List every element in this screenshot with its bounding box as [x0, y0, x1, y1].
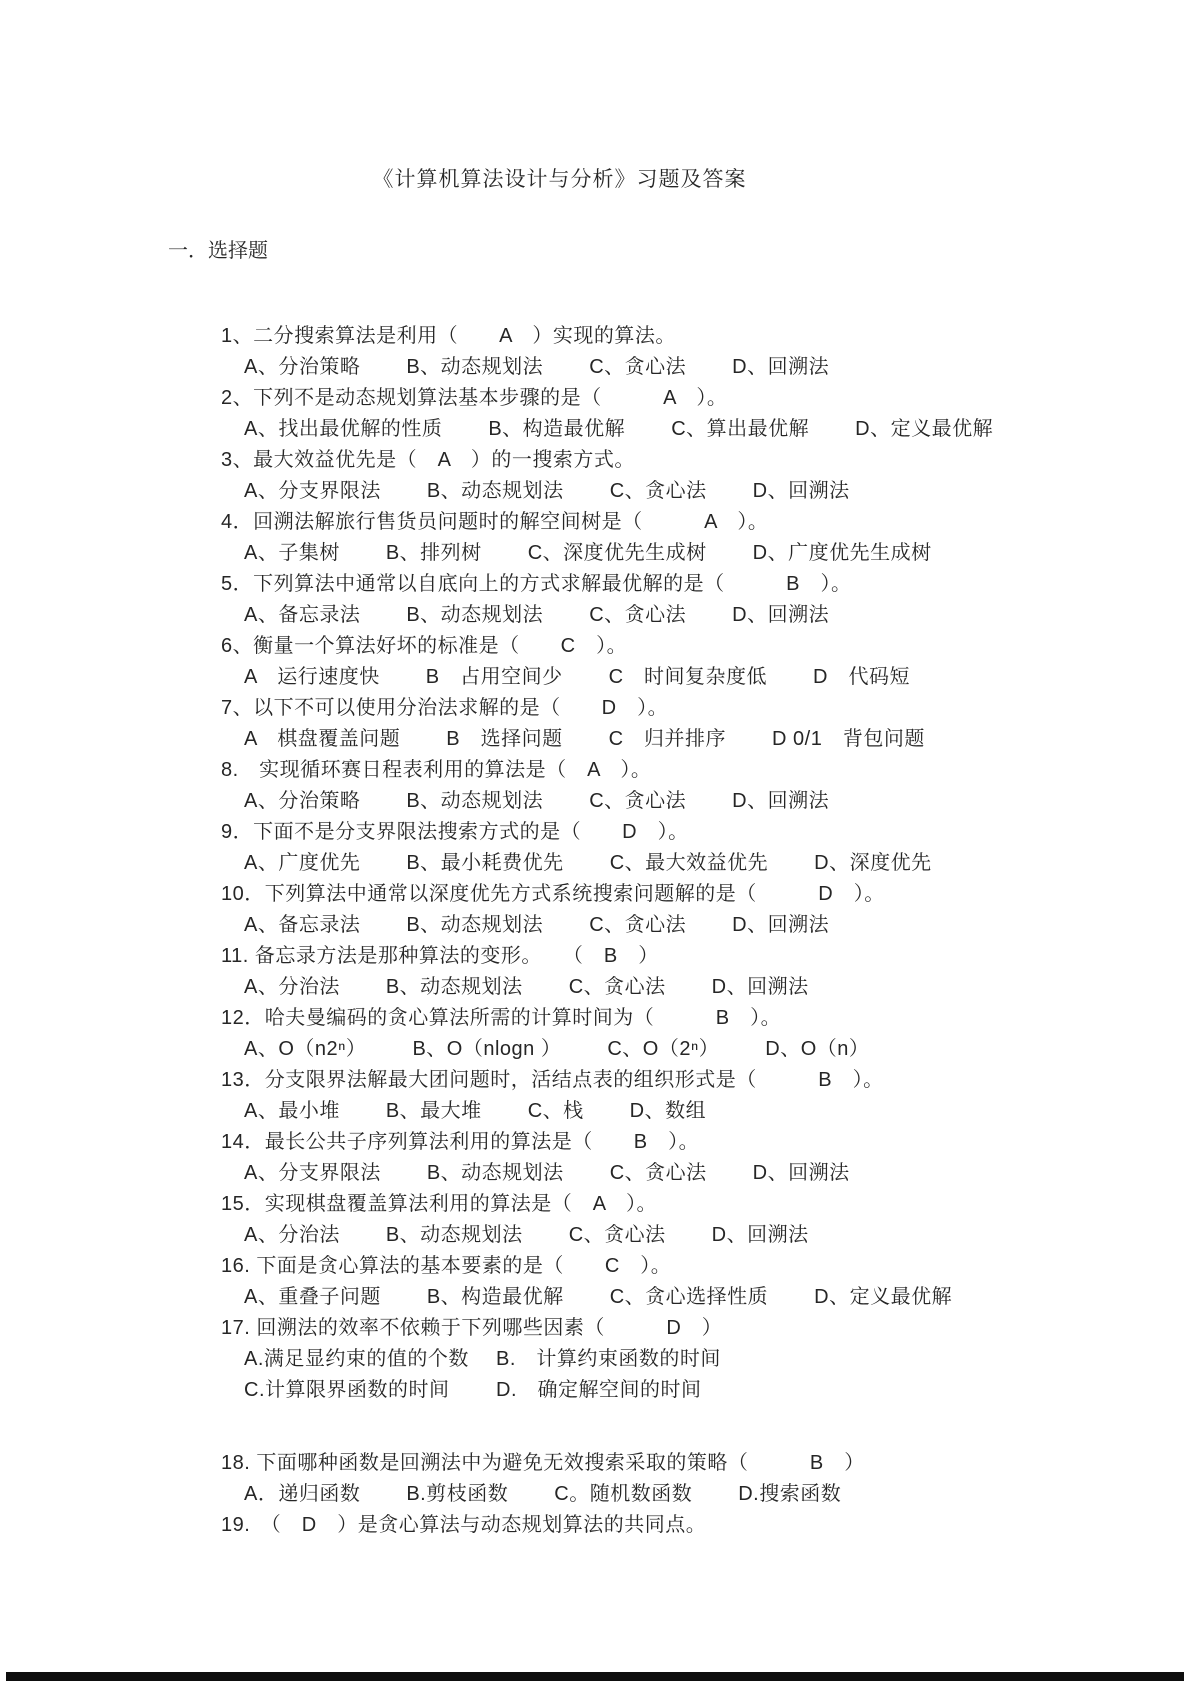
question-text: 4．回溯法解旅行售货员问题时的解空间树是（ A ）。 [0, 507, 1191, 538]
option-item: B 占用空间少 [426, 662, 563, 693]
document-page: 《计算机算法设计与分析》习题及答案 一．选择题 1、二分搜索算法是利用（ A ）… [0, 0, 1191, 1685]
question-text: 19. （ D ）是贪心算法与动态规划算法的共同点。 [0, 1510, 1191, 1541]
section-heading: 一．选择题 [0, 236, 1191, 267]
question-item: 13．分支限界法解最大团问题时，活结点表的组织形式是（ B ）。 A、最小堆B、… [0, 1065, 1191, 1127]
option-item: B. 计算约束函数的时间 [496, 1344, 721, 1375]
question-text: 7、以下不可以使用分治法求解的是（ D ）。 [0, 693, 1191, 724]
option-item: C、贪心法 [589, 600, 686, 631]
option-lines: A 运行速度快B 占用空间少C 时间复杂度低D 代码短 [0, 662, 1191, 693]
question-item: 6、衡量一个算法好坏的标准是（ C ）。 A 运行速度快B 占用空间少C 时间复… [0, 631, 1191, 693]
option-item: D、回溯法 [753, 476, 850, 507]
option-item: C、贪心法 [589, 910, 686, 941]
question-text: 16. 下面是贪心算法的基本要素的是（ C ）。 [0, 1251, 1191, 1282]
option-item: D、回溯法 [732, 786, 829, 817]
option-line: A、分治策略B、动态规划法C、贪心法D、回溯法 [0, 786, 1191, 817]
option-item: C.计算限界函数的时间 [244, 1375, 496, 1406]
option-item: A、分支界限法 [244, 1158, 381, 1189]
question-text: 17. 回溯法的效率不依赖于下列哪些因素（ D ） [0, 1313, 1191, 1344]
option-lines: A、备忘录法B、动态规划法C、贪心法D、回溯法 [0, 910, 1191, 941]
option-item: C、贪心法 [569, 1220, 666, 1251]
option-lines: A、分支界限法B、动态规划法C、贪心法D、回溯法 [0, 476, 1191, 507]
option-item: B、动态规划法 [427, 1158, 564, 1189]
questions-list: 1、二分搜索算法是利用（ A ）实现的算法。 A、分治策略B、动态规划法C、贪心… [0, 321, 1191, 1541]
option-line: A、广度优先B、最小耗费优先C、最大效益优先D、深度优先 [0, 848, 1191, 879]
title-row: 《计算机算法设计与分析》习题及答案 [0, 163, 1191, 193]
option-item: D、回溯法 [732, 910, 829, 941]
question-item: 5．下列算法中通常以自底向上的方式求解最优解的是（ B ）。 A、备忘录法B、动… [0, 569, 1191, 631]
option-item: B、排列树 [386, 538, 482, 569]
option-item: C、贪心法 [589, 352, 686, 383]
option-item: D、O（n） [765, 1034, 869, 1065]
question-item: 4．回溯法解旅行售货员问题时的解空间树是（ A ）。 A、子集树B、排列树C、深… [0, 507, 1191, 569]
option-lines: A、子集树B、排列树C、深度优先生成树D、广度优先生成树 [0, 538, 1191, 569]
question-text: 6、衡量一个算法好坏的标准是（ C ）。 [0, 631, 1191, 662]
option-line: A 棋盘覆盖问题B 选择问题C 归并排序D 0/1 背包问题 [0, 724, 1191, 755]
question-text: 1、二分搜索算法是利用（ A ）实现的算法。 [0, 321, 1191, 352]
option-item: B、最小耗费优先 [406, 848, 563, 879]
option-item: C、贪心法 [589, 786, 686, 817]
option-line: A、子集树B、排列树C、深度优先生成树D、广度优先生成树 [0, 538, 1191, 569]
option-item: B、动态规划法 [386, 972, 523, 1003]
page-title: 《计算机算法设计与分析》习题及答案 [373, 163, 747, 193]
option-line: A 运行速度快B 占用空间少C 时间复杂度低D 代码短 [0, 662, 1191, 693]
question-text: 5．下列算法中通常以自底向上的方式求解最优解的是（ B ）。 [0, 569, 1191, 600]
option-item: D、回溯法 [732, 600, 829, 631]
page-bottom-border [6, 1672, 1184, 1681]
option-item: B、最大堆 [386, 1096, 482, 1127]
option-item: A.满足显约束的值的个数 [244, 1344, 496, 1375]
option-item: B、动态规划法 [406, 910, 543, 941]
option-item: A、备忘录法 [244, 600, 360, 631]
option-lines: A、分治策略B、动态规划法C、贪心法D、回溯法 [0, 352, 1191, 383]
option-line: A、分治法B、动态规划法C、贪心法D、回溯法 [0, 1220, 1191, 1251]
question-item: 12．哈夫曼编码的贪心算法所需的计算时间为（ B ）。 A、O（n2ⁿ）B、O（… [0, 1003, 1191, 1065]
option-item: A．递归函数 [244, 1479, 360, 1510]
option-line: A、备忘录法B、动态规划法C、贪心法D、回溯法 [0, 910, 1191, 941]
question-item: 17. 回溯法的效率不依赖于下列哪些因素（ D ） A.满足显约束的值的个数B.… [0, 1313, 1191, 1406]
option-item: A、最小堆 [244, 1096, 340, 1127]
option-item: D、回溯法 [712, 972, 809, 1003]
option-line: A、O（n2ⁿ）B、O（nlogn ）C、O（2ⁿ）D、O（n） [0, 1034, 1191, 1065]
question-text: 3、最大效益优先是（ A ）的一搜索方式。 [0, 445, 1191, 476]
option-item: D、回溯法 [712, 1220, 809, 1251]
question-item: 10．下列算法中通常以深度优先方式系统搜索问题解的是（ D ）。 A、备忘录法B… [0, 879, 1191, 941]
question-item: 19. （ D ）是贪心算法与动态规划算法的共同点。 [0, 1510, 1191, 1541]
option-lines: A、分治法B、动态规划法C、贪心法D、回溯法 [0, 972, 1191, 1003]
option-item: B、动态规划法 [406, 352, 543, 383]
question-item: 14．最长公共子序列算法利用的算法是（ B ）。 A、分支界限法B、动态规划法C… [0, 1127, 1191, 1189]
option-item: C、O（2ⁿ） [607, 1034, 719, 1065]
option-line: A．递归函数B.剪枝函数C。随机数函数D.搜索函数 [0, 1479, 1191, 1510]
option-item: A、子集树 [244, 538, 340, 569]
option-line: A、找出最优解的性质B、构造最优解C、算出最优解D、定义最优解 [0, 414, 1191, 445]
option-item: A 棋盘覆盖问题 [244, 724, 400, 755]
option-lines: A、找出最优解的性质B、构造最优解C、算出最优解D、定义最优解 [0, 414, 1191, 445]
option-lines: A、O（n2ⁿ）B、O（nlogn ）C、O（2ⁿ）D、O（n） [0, 1034, 1191, 1065]
option-lines: A.满足显约束的值的个数B. 计算约束函数的时间C.计算限界函数的时间D. 确定… [0, 1344, 1191, 1406]
option-item: D、定义最优解 [814, 1282, 952, 1313]
option-lines: A 棋盘覆盖问题B 选择问题C 归并排序D 0/1 背包问题 [0, 724, 1191, 755]
question-text: 18. 下面哪种函数是回溯法中为避免无效搜索采取的策略（ B ） [0, 1448, 1191, 1479]
question-text: 11. 备忘录方法是那种算法的变形。 （ B ） [0, 941, 1191, 972]
question-text: 12．哈夫曼编码的贪心算法所需的计算时间为（ B ）。 [0, 1003, 1191, 1034]
question-text: 15．实现棋盘覆盖算法利用的算法是（ A ）。 [0, 1189, 1191, 1220]
option-line: A、分支界限法B、动态规划法C、贪心法D、回溯法 [0, 476, 1191, 507]
option-line: A.满足显约束的值的个数B. 计算约束函数的时间 [0, 1344, 1191, 1375]
option-item: D、回溯法 [753, 1158, 850, 1189]
question-item: 9．下面不是分支界限法搜索方式的是（ D ）。 A、广度优先B、最小耗费优先C、… [0, 817, 1191, 879]
option-item: A、分治策略 [244, 786, 360, 817]
option-item: D 0/1 背包问题 [772, 724, 925, 755]
question-item: 3、最大效益优先是（ A ）的一搜索方式。 A、分支界限法B、动态规划法C、贪心… [0, 445, 1191, 507]
option-item: C、贪心法 [610, 476, 707, 507]
option-lines: A、分支界限法B、动态规划法C、贪心法D、回溯法 [0, 1158, 1191, 1189]
option-item: D. 确定解空间的时间 [496, 1375, 702, 1406]
option-item: C、栈 [528, 1096, 584, 1127]
option-item: C、最大效益优先 [610, 848, 768, 879]
option-item: B、构造最优解 [427, 1282, 564, 1313]
option-item: A、找出最优解的性质 [244, 414, 442, 445]
option-item: A、备忘录法 [244, 910, 360, 941]
option-item: B、构造最优解 [488, 414, 625, 445]
option-line: A、重叠子问题B、构造最优解C、贪心选择性质D、定义最优解 [0, 1282, 1191, 1313]
option-lines: A、最小堆B、最大堆C、栈D、数组 [0, 1096, 1191, 1127]
option-lines: A、重叠子问题B、构造最优解C、贪心选择性质D、定义最优解 [0, 1282, 1191, 1313]
option-lines: A．递归函数B.剪枝函数C。随机数函数D.搜索函数 [0, 1479, 1191, 1510]
option-item: B、O（nlogn ） [412, 1034, 561, 1065]
question-item: 2、下列不是动态规划算法基本步骤的是（ A ）。 A、找出最优解的性质B、构造最… [0, 383, 1191, 445]
option-lines: A、广度优先B、最小耗费优先C、最大效益优先D、深度优先 [0, 848, 1191, 879]
option-item: B、动态规划法 [386, 1220, 523, 1251]
question-item: 7、以下不可以使用分治法求解的是（ D ）。 A 棋盘覆盖问题B 选择问题C 归… [0, 693, 1191, 755]
option-line: A、分支界限法B、动态规划法C、贪心法D、回溯法 [0, 1158, 1191, 1189]
question-text: 9．下面不是分支界限法搜索方式的是（ D ）。 [0, 817, 1191, 848]
option-item: D、数组 [630, 1096, 706, 1127]
option-lines: A、分治策略B、动态规划法C、贪心法D、回溯法 [0, 786, 1191, 817]
question-item: 16. 下面是贪心算法的基本要素的是（ C ）。 A、重叠子问题B、构造最优解C… [0, 1251, 1191, 1313]
option-item: A、分治法 [244, 972, 340, 1003]
option-item: C。随机数函数 [554, 1479, 692, 1510]
question-item: 15．实现棋盘覆盖算法利用的算法是（ A ）。 A、分治法B、动态规划法C、贪心… [0, 1189, 1191, 1251]
question-text: 10．下列算法中通常以深度优先方式系统搜索问题解的是（ D ）。 [0, 879, 1191, 910]
option-line: A、备忘录法B、动态规划法C、贪心法D、回溯法 [0, 600, 1191, 631]
question-item: 1、二分搜索算法是利用（ A ）实现的算法。 A、分治策略B、动态规划法C、贪心… [0, 321, 1191, 383]
option-item: A、分支界限法 [244, 476, 381, 507]
option-item: D、回溯法 [732, 352, 829, 383]
question-text: 8. 实现循环赛日程表利用的算法是（ A ）。 [0, 755, 1191, 786]
option-item: B、动态规划法 [406, 786, 543, 817]
option-lines: A、备忘录法B、动态规划法C、贪心法D、回溯法 [0, 600, 1191, 631]
option-line: A、分治法B、动态规划法C、贪心法D、回溯法 [0, 972, 1191, 1003]
option-item: D、深度优先 [814, 848, 931, 879]
option-line: A、分治策略B、动态规划法C、贪心法D、回溯法 [0, 352, 1191, 383]
option-item: A 运行速度快 [244, 662, 380, 693]
option-item: A、分治法 [244, 1220, 340, 1251]
option-item: B、动态规划法 [406, 600, 543, 631]
option-line: A、最小堆B、最大堆C、栈D、数组 [0, 1096, 1191, 1127]
option-item: B、动态规划法 [427, 476, 564, 507]
question-item: 8. 实现循环赛日程表利用的算法是（ A ）。 A、分治策略B、动态规划法C、贪… [0, 755, 1191, 817]
question-item: 11. 备忘录方法是那种算法的变形。 （ B ） A、分治法B、动态规划法C、贪… [0, 941, 1191, 1003]
option-item: A、O（n2ⁿ） [244, 1034, 366, 1065]
option-item: D.搜索函数 [738, 1479, 841, 1510]
option-item: D 代码短 [813, 662, 910, 693]
option-line: C.计算限界函数的时间D. 确定解空间的时间 [0, 1375, 1191, 1406]
option-item: A、广度优先 [244, 848, 360, 879]
question-text: 14．最长公共子序列算法利用的算法是（ B ）。 [0, 1127, 1191, 1158]
option-item: C、贪心法 [610, 1158, 707, 1189]
question-text: 13．分支限界法解最大团问题时，活结点表的组织形式是（ B ）。 [0, 1065, 1191, 1096]
option-item: C、算出最优解 [671, 414, 809, 445]
option-item: D、广度优先生成树 [753, 538, 932, 569]
option-item: A、重叠子问题 [244, 1282, 381, 1313]
option-item: C 归并排序 [609, 724, 726, 755]
option-item: B 选择问题 [446, 724, 562, 755]
question-item: 18. 下面哪种函数是回溯法中为避免无效搜索采取的策略（ B ） A．递归函数B… [0, 1448, 1191, 1510]
option-lines: A、分治法B、动态规划法C、贪心法D、回溯法 [0, 1220, 1191, 1251]
option-item: C、贪心法 [569, 972, 666, 1003]
option-item: C、深度优先生成树 [528, 538, 707, 569]
option-item: A、分治策略 [244, 352, 360, 383]
question-text: 2、下列不是动态规划算法基本步骤的是（ A ）。 [0, 383, 1191, 414]
option-item: D、定义最优解 [855, 414, 993, 445]
option-item: C 时间复杂度低 [609, 662, 767, 693]
option-item: B.剪枝函数 [406, 1479, 508, 1510]
option-item: C、贪心选择性质 [610, 1282, 768, 1313]
